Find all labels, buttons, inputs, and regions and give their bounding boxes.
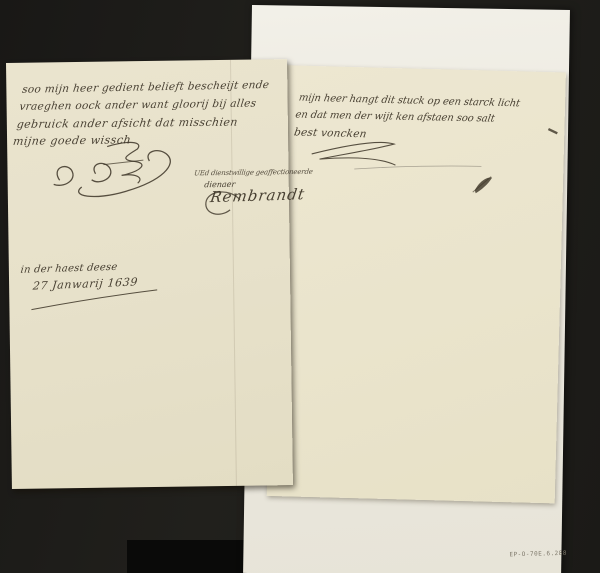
handwriting-line: en dat men der wijt ken afstaen soo salt — [295, 109, 496, 124]
letter-page-left: soo mijn heer gedient belieft bescheijt … — [6, 59, 293, 489]
ink-smudge — [475, 177, 492, 194]
closing-salutation: UEd dienstwillige geaffectioneerde — [194, 168, 314, 178]
handwriting-line: best voncken — [293, 126, 368, 140]
initial-loop — [91, 163, 111, 182]
shadow-patch — [127, 540, 253, 573]
handwriting-line: mijn heer hangt dit stuck op een starck … — [298, 93, 521, 110]
catalog-inscription: EP-O-70E.6.288 — [509, 550, 567, 559]
initial-loop — [53, 166, 73, 185]
flourish-stroke — [107, 142, 142, 183]
ink-smudge-tail — [473, 176, 491, 192]
letter-page-right: mijn heer hangt dit stuck op een starck … — [267, 65, 566, 503]
rembrandt-signature: Rembrandt — [209, 185, 306, 206]
handwriting-line: soo mijn heer gedient belieft bescheijt … — [21, 79, 270, 96]
photograph-background: EP-O-70E.6.288 mijn heer hangt dit stuck… — [0, 0, 600, 573]
flourish-stroke — [311, 141, 396, 165]
handwriting-line: gebruick ander afsicht dat misschien — [16, 116, 239, 131]
handwriting-line: vraeghen oock ander want gloorij bij all… — [19, 97, 257, 112]
dateline-place: in der haest deese — [20, 262, 118, 276]
dateline-date: 27 Janwarij 1639 — [32, 275, 138, 292]
pencil-line — [354, 163, 481, 172]
initial-loop — [78, 150, 171, 196]
date-underline — [31, 290, 157, 310]
handwriting-line: mijne goede wissch — [12, 133, 132, 148]
flourish-dash — [103, 160, 143, 165]
ink-dash — [548, 129, 557, 133]
